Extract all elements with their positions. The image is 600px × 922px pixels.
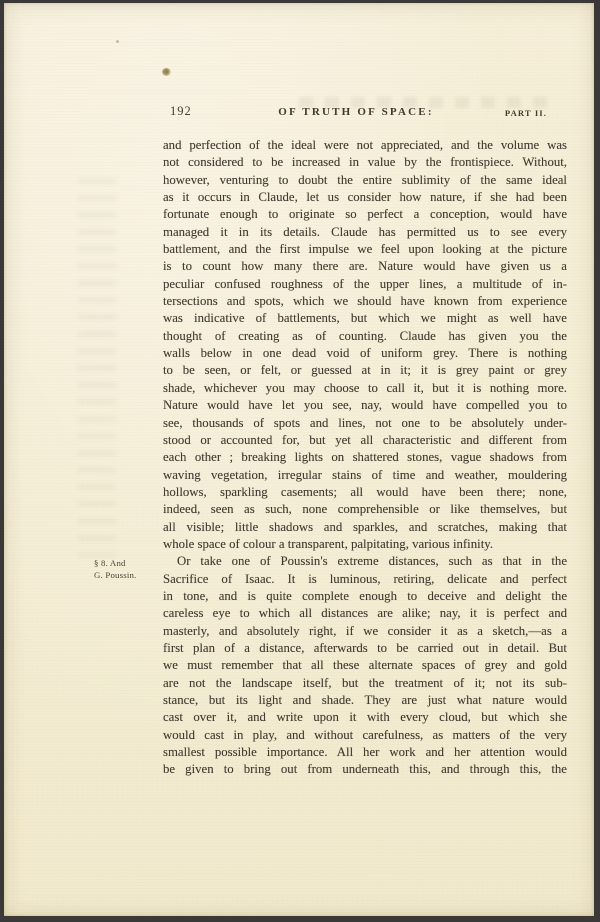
foxing-speck — [162, 68, 171, 76]
scanned-book-page: { "colors": { "frame": "#3a3937", "paper… — [0, 0, 600, 922]
text-line: and perfection of the ideal were not app… — [163, 137, 567, 154]
text-line: stance, but its light and shade. They ar… — [163, 692, 567, 709]
text-line: walls below in one dead void of uniform … — [163, 345, 567, 362]
running-head-title: OF TRUTH OF SPACE: — [278, 106, 433, 118]
margin-note-line: G. Poussin. — [94, 570, 166, 582]
text-line: stood or accounted for, but yet all char… — [163, 432, 567, 449]
text-line: be given to bring out from underneath th… — [163, 761, 567, 778]
text-line: cast over it, and write upon it with eve… — [163, 709, 567, 726]
text-line: thought of creating as of counting. Clau… — [163, 328, 567, 345]
show-through-smudge-left — [78, 178, 116, 558]
text-line: not considered to be increased in value … — [163, 154, 567, 171]
text-line: was indicative of battlements, but which… — [163, 310, 567, 327]
paragraph: Or take one of Poussin's extreme distanc… — [163, 553, 567, 778]
text-line: tersections and spots, which we should h… — [163, 293, 567, 310]
text-line: masterly, and absolutely right, if we co… — [163, 623, 567, 640]
paper-speck — [116, 40, 119, 43]
part-label: PART II. — [505, 108, 547, 118]
text-line: Nature would have let you see, nay, woul… — [163, 397, 567, 414]
text-line: we must remember that all these alternat… — [163, 657, 567, 674]
running-head: 192 OF TRUTH OF SPACE: PART II. — [163, 104, 567, 122]
text-line: fortunate enough to originate so perfect… — [163, 206, 567, 223]
text-line: all visible; little shadows and sparkles… — [163, 519, 567, 536]
text-line: would cast in play, and without carefuln… — [163, 727, 567, 744]
text-line: first plan of a distance, afterwards to … — [163, 640, 567, 657]
text-line: Or take one of Poussin's extreme distanc… — [163, 553, 567, 570]
text-line: are not the landscape itself, but the tr… — [163, 675, 567, 692]
text-line: each other ; breaking lights on shattere… — [163, 449, 567, 466]
page-sheet: 192 OF TRUTH OF SPACE: PART II. § 8. And… — [4, 3, 594, 916]
text-line: as it occurs in Claude, let us consider … — [163, 189, 567, 206]
text-line: indeed, seen as such, none comprehensibl… — [163, 501, 567, 518]
text-line: is to count how many there are. Nature w… — [163, 258, 567, 275]
paragraph: and perfection of the ideal were not app… — [163, 137, 567, 553]
text-line: whole space of colour a transparent, pal… — [163, 536, 567, 553]
text-line: smallest possible importance. All her wo… — [163, 744, 567, 761]
margin-note: § 8. And G. Poussin. — [94, 558, 166, 581]
text-line: peculiar confused roughness of the upper… — [163, 276, 567, 293]
text-line: however, venturing to doubt the entire s… — [163, 172, 567, 189]
text-line: managed it in its details. Claude has pe… — [163, 224, 567, 241]
text-line: hollows, sparkling casements; all would … — [163, 484, 567, 501]
page-number: 192 — [170, 104, 192, 119]
text-line: waving vegetation, irregular stains of t… — [163, 467, 567, 484]
text-line: to be seen, or felt, or guessed at in it… — [163, 362, 567, 379]
text-line: battlement, and the first impulse we fee… — [163, 241, 567, 258]
text-line: in tone, and is quite complete enough to… — [163, 588, 567, 605]
text-line: see, thousands of spots and lines, not o… — [163, 415, 567, 432]
margin-note-line: § 8. And — [94, 558, 166, 570]
text-line: careless eye to which all distances are … — [163, 605, 567, 622]
body-text: and perfection of the ideal were not app… — [163, 137, 567, 779]
text-line: Sacrifice of Isaac. It is luminous, reti… — [163, 571, 567, 588]
text-line: shade, whichever you may choose to call … — [163, 380, 567, 397]
